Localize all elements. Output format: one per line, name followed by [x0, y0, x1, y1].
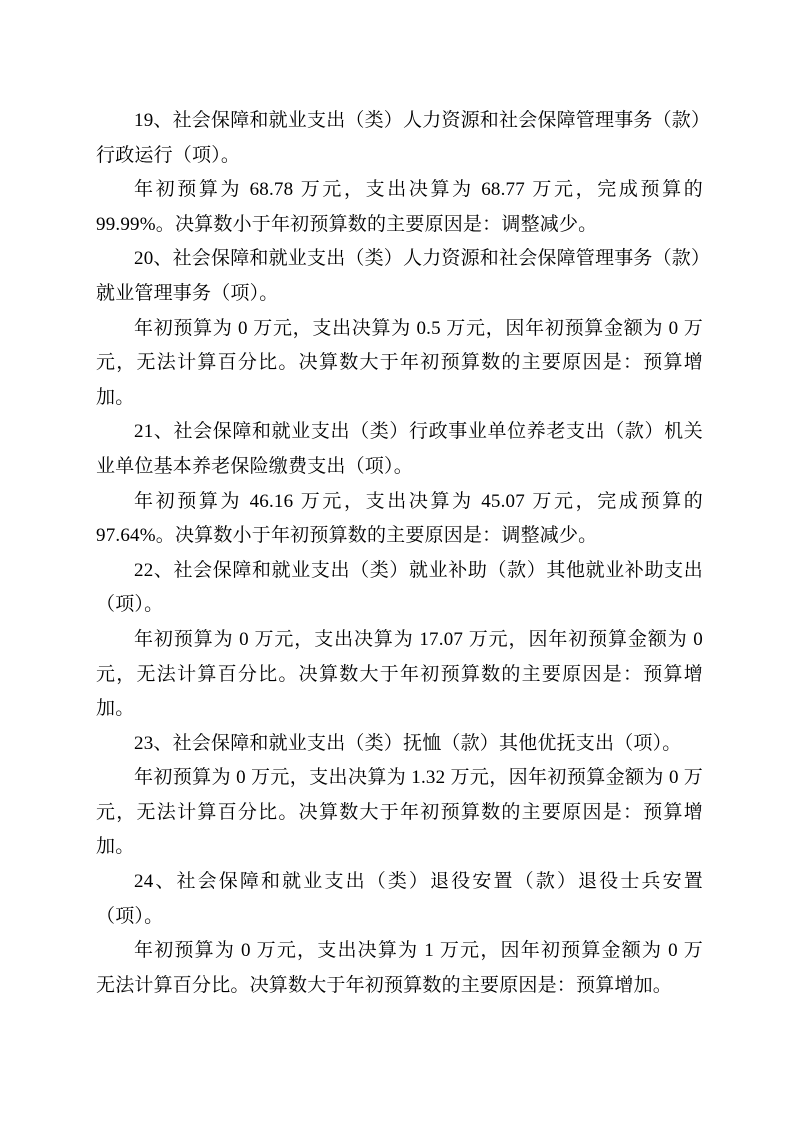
- text-line: 就业管理事务（项）。: [96, 277, 703, 312]
- paragraph: 24、社会保障和就业支出（类）退役安置（款）退役士兵安置（项）。: [96, 865, 703, 934]
- paragraph: 年初预算为 46.16 万元，支出决算为 45.07 万元，完成预算的97.64…: [96, 485, 703, 554]
- paragraph: 22、社会保障和就业支出（类）就业补助（款）其他就业补助支出（项）。: [96, 554, 703, 623]
- paragraph: 19、社会保障和就业支出（类）人力资源和社会保障管理事务（款）行政运行（项）。: [96, 104, 703, 173]
- text-line: 年初预算为 0 万元，支出决算为 1.32 万元，因年初预算金额为 0 万: [96, 761, 703, 796]
- text-line: 年初预算为 68.78 万元，支出决算为 68.77 万元，完成预算的: [96, 173, 703, 208]
- document-text: 19、社会保障和就业支出（类）人力资源和社会保障管理事务（款）行政运行（项）。年…: [96, 104, 703, 1003]
- text-line: （项）。: [96, 588, 703, 623]
- text-line: （项）。: [96, 900, 703, 935]
- text-line: 20、社会保障和就业支出（类）人力资源和社会保障管理事务（款）: [96, 242, 703, 277]
- paragraph: 年初预算为 0 万元，支出决算为 1 万元，因年初预算金额为 0 万元，无法计算…: [96, 934, 703, 1003]
- text-line: 年初预算为 0 万元，支出决算为 17.07 万元，因年初预算金额为 0 万: [96, 623, 703, 658]
- text-line: 99.99%。决算数小于年初预算数的主要原因是：调整减少。: [96, 208, 703, 243]
- text-line: 年初预算为 46.16 万元，支出决算为 45.07 万元，完成预算的: [96, 485, 703, 520]
- text-line: 97.64%。决算数小于年初预算数的主要原因是：调整减少。: [96, 519, 703, 554]
- text-line: 21、社会保障和就业支出（类）行政事业单位养老支出（款）机关事: [96, 415, 703, 450]
- text-line: 23、社会保障和就业支出（类）抚恤（款）其他优抚支出（项）。: [96, 727, 703, 762]
- paragraph: 年初预算为 68.78 万元，支出决算为 68.77 万元，完成预算的99.99…: [96, 173, 703, 242]
- paragraph: 20、社会保障和就业支出（类）人力资源和社会保障管理事务（款）就业管理事务（项）…: [96, 242, 703, 311]
- paragraph: 年初预算为 0 万元，支出决算为 17.07 万元，因年初预算金额为 0 万元，…: [96, 623, 703, 727]
- paragraph: 年初预算为 0 万元，支出决算为 0.5 万元，因年初预算金额为 0 万元，无法…: [96, 312, 703, 416]
- text-line: 年初预算为 0 万元，支出决算为 0.5 万元，因年初预算金额为 0 万: [96, 312, 703, 347]
- paragraph: 年初预算为 0 万元，支出决算为 1.32 万元，因年初预算金额为 0 万元，无…: [96, 761, 703, 865]
- text-line: 行政运行（项）。: [96, 139, 703, 174]
- text-line: 年初预算为 0 万元，支出决算为 1 万元，因年初预算金额为 0 万元，: [96, 934, 703, 969]
- text-line: 加。: [96, 381, 703, 416]
- text-line: 19、社会保障和就业支出（类）人力资源和社会保障管理事务（款）: [96, 104, 703, 139]
- text-line: 元，无法计算百分比。决算数大于年初预算数的主要原因是：预算增: [96, 796, 703, 831]
- text-line: 元，无法计算百分比。决算数大于年初预算数的主要原因是：预算增: [96, 346, 703, 381]
- document-page: 19、社会保障和就业支出（类）人力资源和社会保障管理事务（款）行政运行（项）。年…: [0, 0, 793, 1122]
- text-line: 元，无法计算百分比。决算数大于年初预算数的主要原因是：预算增: [96, 658, 703, 693]
- text-line: 加。: [96, 830, 703, 865]
- text-line: 24、社会保障和就业支出（类）退役安置（款）退役士兵安置: [96, 865, 703, 900]
- text-line: 22、社会保障和就业支出（类）就业补助（款）其他就业补助支出: [96, 554, 703, 589]
- paragraph: 21、社会保障和就业支出（类）行政事业单位养老支出（款）机关事业单位基本养老保险…: [96, 415, 703, 484]
- text-line: 加。: [96, 692, 703, 727]
- text-line: 无法计算百分比。决算数大于年初预算数的主要原因是：预算增加。: [96, 969, 703, 1004]
- paragraph: 23、社会保障和就业支出（类）抚恤（款）其他优抚支出（项）。: [96, 727, 703, 762]
- text-line: 业单位基本养老保险缴费支出（项）。: [96, 450, 703, 485]
